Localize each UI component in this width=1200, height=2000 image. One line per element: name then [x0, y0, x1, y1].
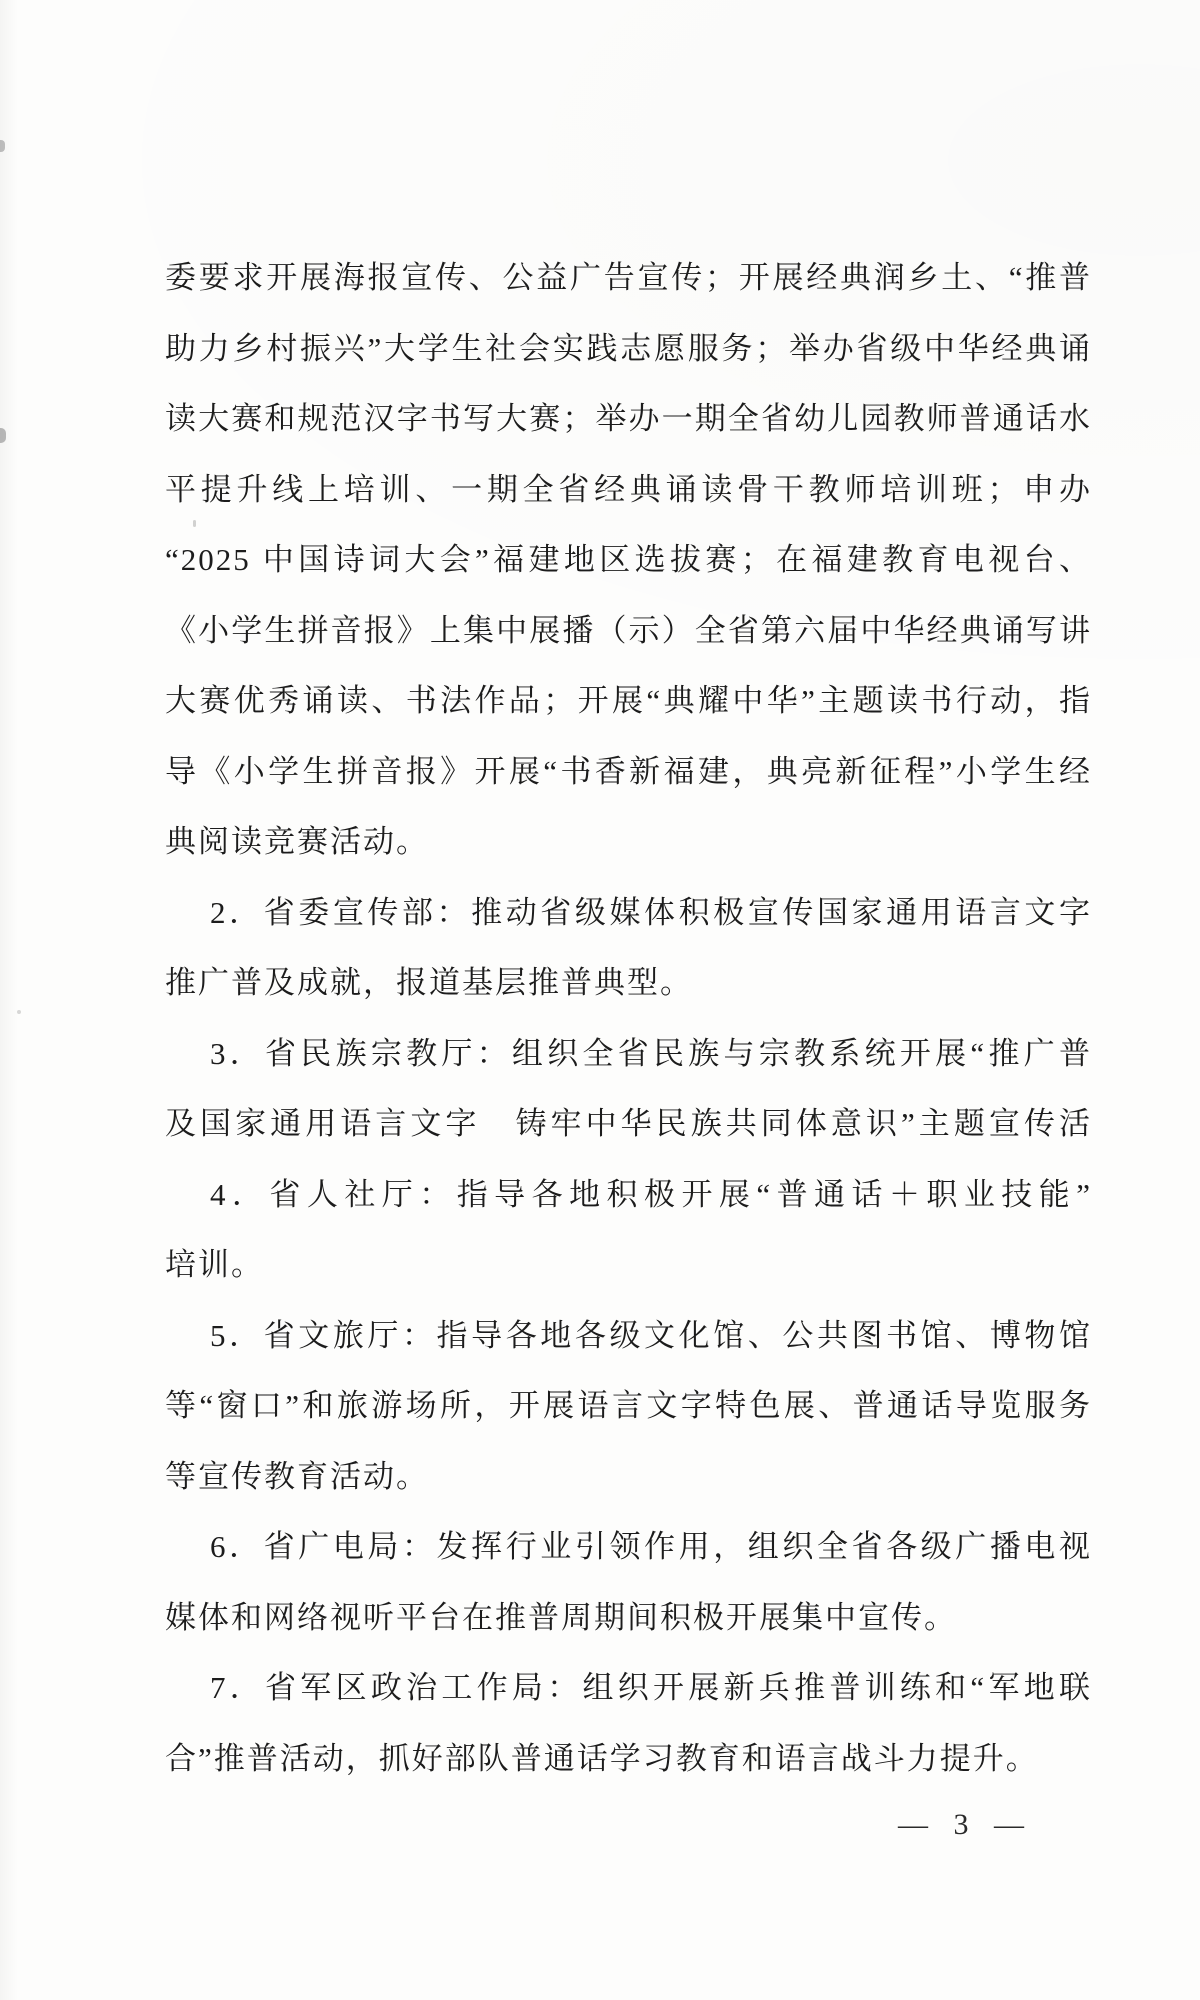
text-line: 读大赛和规范汉字书写大赛；举办一期全省幼儿园教师普通话水 [165, 384, 1092, 455]
text-line: 推广普及成就，报道基层推普典型。 [165, 948, 1092, 1019]
text-line: 7．省军区政治工作局：组织开展新兵推普训练和“军地联 [165, 1653, 1092, 1724]
text-line: 《小学生拼音报》上集中展播（示）全省第六届中华经典诵写讲 [165, 596, 1092, 667]
text-line: 2．省委宣传部：推动省级媒体积极宣传国家通用语言文字 [165, 878, 1092, 949]
text-line: 导《小学生拼音报》开展“书香新福建，典亮新征程”小学生经 [165, 737, 1092, 808]
text-line: 合”推普活动，抓好部队普通话学习教育和语言战斗力提升。 [165, 1724, 1092, 1795]
text-line: 等宣传教育活动。 [165, 1442, 1092, 1513]
text-line: 3．省民族宗教厅：组织全省民族与宗教系统开展“推广普 [165, 1019, 1092, 1090]
text-line: 及国家通用语言文字 铸牢中华民族共同体意识”主题宣传活动。 [165, 1089, 1092, 1160]
scan-speck [0, 428, 6, 443]
text-line: “2025 中国诗词大会”福建地区选拔赛；在福建教育电视台、 [165, 525, 1092, 596]
text-line: 等“窗口”和旅游场所，开展语言文字特色展、普通话导览服务 [165, 1371, 1092, 1442]
page-number: — 3 — [898, 1808, 1026, 1842]
scan-speck [17, 1010, 21, 1014]
text-line: 5．省文旅厅：指导各地各级文化馆、公共图书馆、博物馆 [165, 1301, 1092, 1372]
text-line: 培训。 [165, 1230, 1092, 1301]
document-page: 委要求开展海报宣传、公益广告宣传；开展经典润乡土、“推普 助力乡村振兴”大学生社… [0, 0, 1200, 2000]
text-line: 6．省广电局：发挥行业引领作用，组织全省各级广播电视 [165, 1512, 1092, 1583]
text-line: 媒体和网络视听平台在推普周期间积极开展集中宣传。 [165, 1583, 1092, 1654]
text-line: 委要求开展海报宣传、公益广告宣传；开展经典润乡土、“推普 [165, 243, 1092, 314]
text-line: 平提升线上培训、一期全省经典诵读骨干教师培训班；申办 [165, 455, 1092, 526]
text-line: 大赛优秀诵读、书法作品；开展“典耀中华”主题读书行动，指 [165, 666, 1092, 737]
text-line: 助力乡村振兴”大学生社会实践志愿服务；举办省级中华经典诵 [165, 314, 1092, 385]
text-line: 4．省人社厅：指导各地积极开展“普通话＋职业技能” [165, 1160, 1092, 1231]
scan-speck [0, 140, 5, 152]
document-body: 委要求开展海报宣传、公益广告宣传；开展经典润乡土、“推普 助力乡村振兴”大学生社… [165, 243, 1092, 1794]
text-line: 典阅读竞赛活动。 [165, 807, 1092, 878]
